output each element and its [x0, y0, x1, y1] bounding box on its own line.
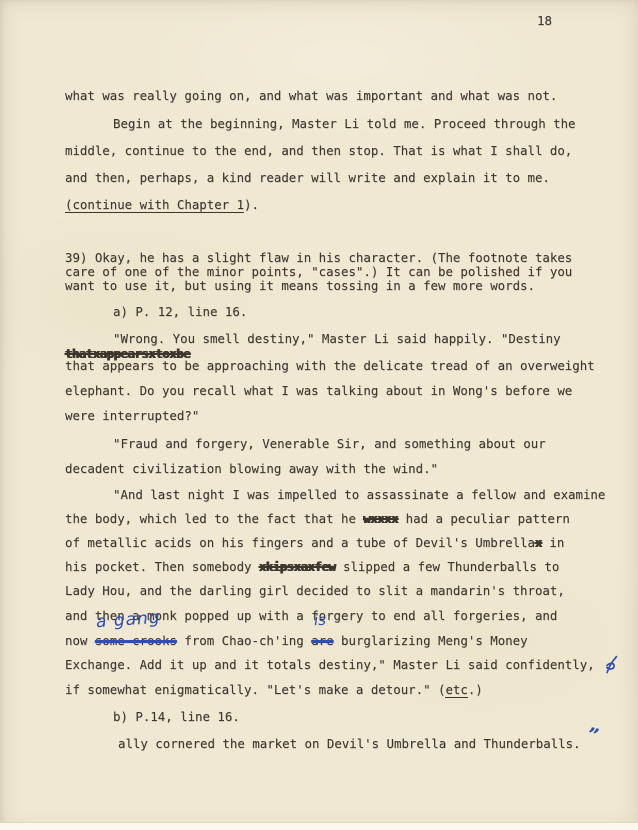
- typed-line: that appears to be approaching with the …: [65, 358, 595, 373]
- typed-text: if somewhat enigmatically. "Let's make a…: [65, 682, 445, 697]
- typed-text: now: [65, 633, 95, 648]
- typewriter-xout-text: x: [535, 535, 542, 550]
- typed-line: of metallic acids on his fingers and a t…: [65, 535, 564, 550]
- typed-line: if somewhat enigmatically. "Let's make a…: [65, 682, 483, 697]
- typed-line: Begin at the beginning, Master Li told m…: [65, 116, 576, 131]
- typed-line: the body, which led to the fact that he …: [65, 511, 570, 526]
- pen-squiggle-mark: [602, 653, 619, 680]
- pen-struck-text: some crooks: [95, 633, 177, 648]
- typed-line: Lady Hou, and the darling girl decided t…: [65, 583, 565, 598]
- handwritten-insertion-a-gang: a gang: [95, 608, 161, 632]
- scan-bottom-edge: [0, 822, 638, 830]
- typed-line: elephant. Do you recall what I was talki…: [65, 383, 572, 398]
- typed-line: want to use it, but using it means tossi…: [65, 278, 535, 293]
- pen-struck-text: are: [311, 633, 333, 648]
- typed-text: ).: [244, 197, 259, 212]
- typed-text: in: [542, 535, 564, 550]
- typed-text: the body, which led to the fact that he: [65, 511, 363, 526]
- typed-line: "And last night I was impelled to assass…: [65, 487, 605, 502]
- typed-line: 39) Okay, he has a slight flaw in his ch…: [65, 250, 572, 265]
- typed-line-item-a: a) P. 12, line 16.: [113, 304, 247, 319]
- typed-line: care of one of the minor points, "cases"…: [65, 264, 572, 279]
- typewriter-xout-text: xkipsxaxfew: [259, 559, 336, 574]
- pen-squiggle-icon: [603, 653, 620, 677]
- manuscript-page: 18 what was really going on, and what wa…: [0, 0, 638, 830]
- typed-text: .): [468, 682, 483, 697]
- typed-line: "Fraud and forgery, Venerable Sir, and s…: [65, 436, 546, 451]
- typewriter-xout-text: wxxxx: [363, 511, 398, 526]
- typed-line: now some crooks from Chao-ch'ing are bur…: [65, 633, 528, 648]
- typed-line: ally cornered the market on Devil's Umbr…: [118, 736, 581, 751]
- typed-line: what was really going on, and what was i…: [65, 88, 557, 103]
- typed-line: (continue with Chapter 1).: [65, 197, 259, 212]
- underlined-text: etc: [445, 682, 467, 698]
- page-number: 18: [537, 13, 552, 28]
- typed-text: of metallic acids on his fingers and a t…: [65, 535, 535, 550]
- handwritten-quote-marks: ”: [585, 724, 600, 746]
- typed-line: "Wrong. You smell destiny," Master Li sa…: [65, 331, 561, 346]
- typed-text: his pocket. Then somebody: [65, 559, 259, 574]
- typed-text: burglarizing Meng's Money: [334, 633, 528, 648]
- typed-line: and then, perhaps, a kind reader will wr…: [65, 170, 550, 185]
- typed-line: were interrupted?": [65, 408, 199, 423]
- typed-line: middle, continue to the end, and then st…: [65, 143, 572, 158]
- handwritten-insertion-is: is: [314, 611, 327, 630]
- typed-line: his pocket. Then somebody xkipsxaxfew sl…: [65, 559, 559, 574]
- typed-text: had a peculiar pattern: [398, 511, 570, 526]
- typed-text: from Chao-ch'ing: [177, 633, 311, 648]
- underlined-text: (continue with Chapter 1: [65, 197, 244, 213]
- typed-line-item-b: b) P.14, line 16.: [113, 709, 240, 724]
- typed-text: slipped a few Thunderballs to: [336, 559, 560, 574]
- typed-line: decadent civilization blowing away with …: [65, 461, 438, 476]
- typed-line: Exchange. Add it up and it totals destin…: [65, 657, 595, 672]
